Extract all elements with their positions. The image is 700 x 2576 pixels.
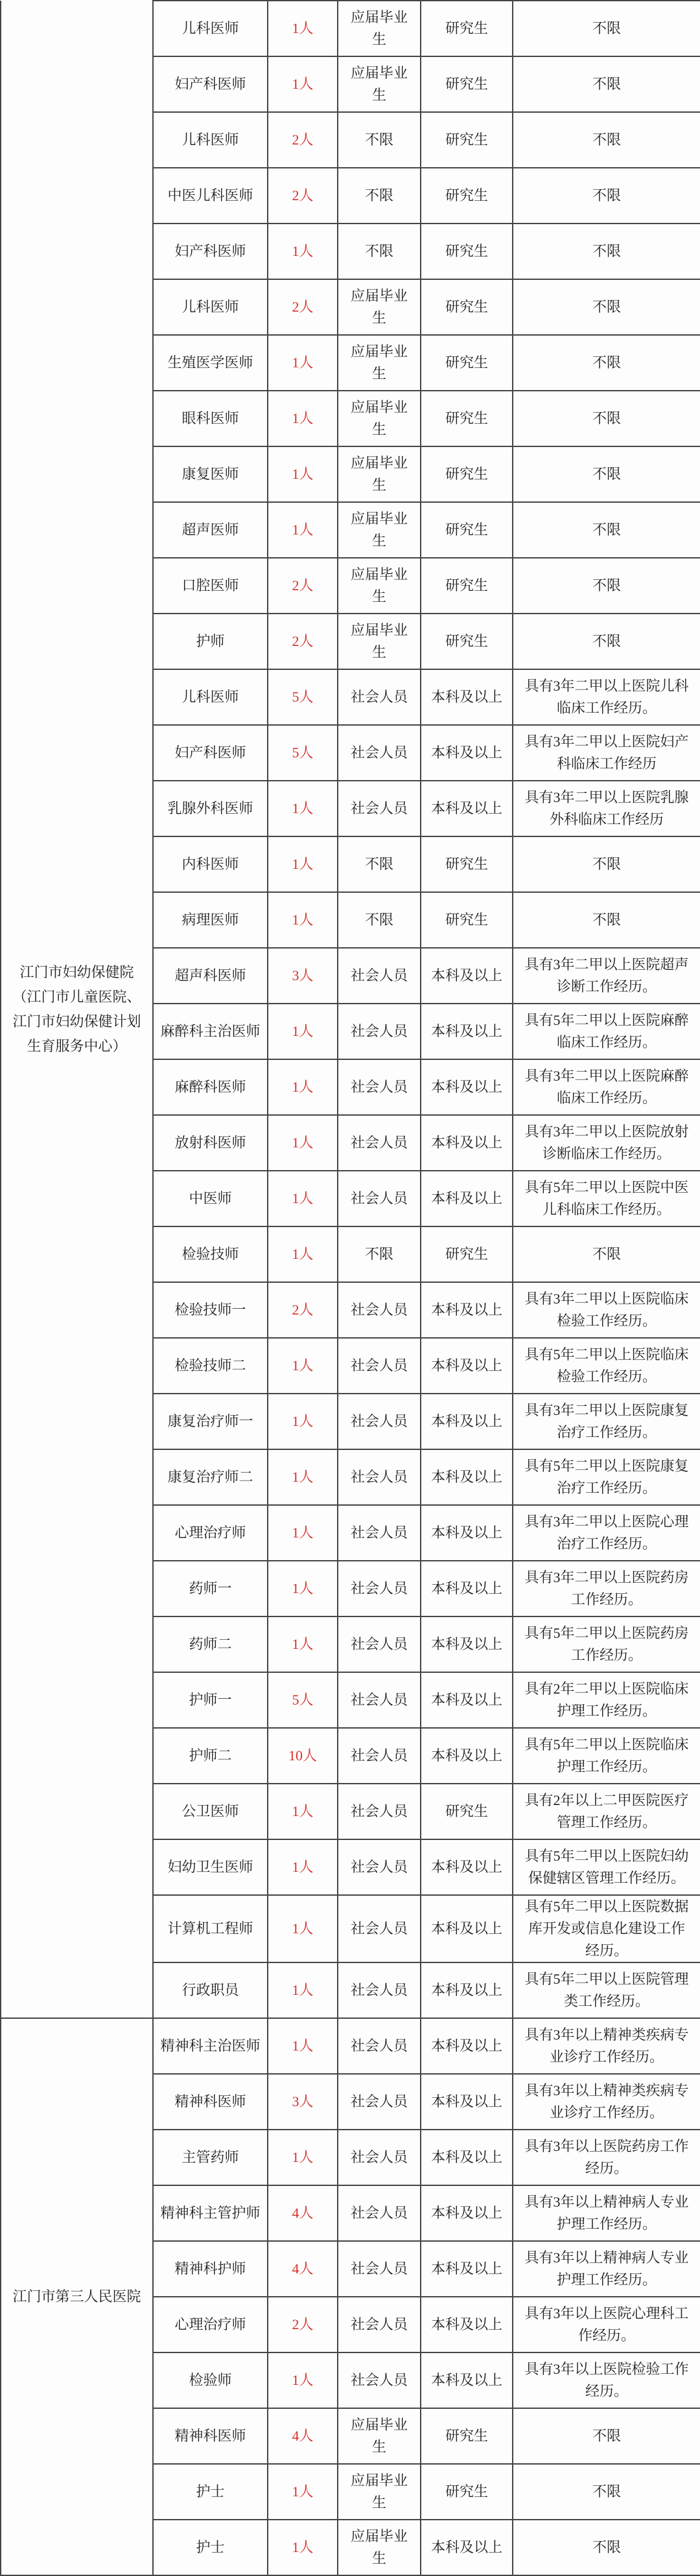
- count-cell: 1人: [268, 1505, 338, 1561]
- count-cell: 1人: [268, 1449, 338, 1505]
- requirement-cell: 不限: [513, 279, 700, 335]
- education-cell: 本科及以上: [421, 2520, 513, 2575]
- personnel-type-cell: 社会人员: [338, 948, 421, 1004]
- count-cell: 1人: [268, 1, 338, 56]
- requirement-cell: 不限: [513, 1226, 700, 1282]
- requirement-cell: 具有5年二甲以上医院临床护理工作经历。: [513, 1728, 700, 1784]
- education-cell: 研究生: [421, 1226, 513, 1282]
- position-cell: 护士: [153, 2464, 268, 2520]
- position-cell: 护师二: [153, 1728, 268, 1784]
- count-cell: 2人: [268, 1282, 338, 1338]
- count-cell: 2人: [268, 168, 338, 224]
- requirement-cell: 具有3年二甲以上医院临床检验工作经历。: [513, 1282, 700, 1338]
- personnel-type-cell: 应届毕业生: [338, 2520, 421, 2575]
- personnel-type-cell: 社会人员: [338, 1728, 421, 1784]
- count-cell: 1人: [268, 892, 338, 948]
- count-cell: 5人: [268, 725, 338, 781]
- education-cell: 研究生: [421, 168, 513, 224]
- education-cell: 本科及以上: [421, 948, 513, 1004]
- position-cell: 护师: [153, 614, 268, 669]
- education-cell: 本科及以上: [421, 725, 513, 781]
- personnel-type-cell: 社会人员: [338, 781, 421, 836]
- requirement-cell: 具有2年二甲以上医院临床护理工作经历。: [513, 1672, 700, 1728]
- education-cell: 研究生: [421, 2464, 513, 2520]
- requirement-cell: 具有3年以上医院药房工作经历。: [513, 2130, 700, 2185]
- requirement-cell: 具有2年以上二甲医院医疗管理工作经历。: [513, 1784, 700, 1839]
- personnel-type-cell: 社会人员: [338, 1672, 421, 1728]
- education-cell: 本科及以上: [421, 2241, 513, 2297]
- position-cell: 精神科护师: [153, 2241, 268, 2297]
- personnel-type-cell: 应届毕业生: [338, 558, 421, 614]
- education-cell: 研究生: [421, 502, 513, 558]
- count-cell: 1人: [268, 1171, 338, 1226]
- education-cell: 本科及以上: [421, 1004, 513, 1059]
- requirement-cell: 具有3年二甲以上医院康复治疗工作经历。: [513, 1394, 700, 1449]
- personnel-type-cell: 不限: [338, 892, 421, 948]
- count-cell: 1人: [268, 446, 338, 502]
- count-cell: 2人: [268, 2297, 338, 2352]
- personnel-type-cell: 社会人员: [338, 669, 421, 725]
- education-cell: 本科及以上: [421, 1895, 513, 1962]
- position-cell: 儿科医师: [153, 112, 268, 168]
- requirement-cell: 不限: [513, 2408, 700, 2464]
- personnel-type-cell: 应届毕业生: [338, 2408, 421, 2464]
- education-cell: 本科及以上: [421, 1115, 513, 1171]
- count-cell: 1人: [268, 1394, 338, 1449]
- position-cell: 乳腺外科医师: [153, 781, 268, 836]
- recruitment-table-body: 江门市妇幼保健院（江门市儿童医院、江门市妇幼保健计划生育服务中心）儿科医师1人应…: [1, 1, 700, 2575]
- count-cell: 1人: [268, 1839, 338, 1895]
- education-cell: 研究生: [421, 335, 513, 391]
- count-cell: 1人: [268, 2352, 338, 2408]
- education-cell: 本科及以上: [421, 1839, 513, 1895]
- personnel-type-cell: 应届毕业生: [338, 446, 421, 502]
- requirement-cell: 不限: [513, 335, 700, 391]
- table-row: 江门市妇幼保健院（江门市儿童医院、江门市妇幼保健计划生育服务中心）儿科医师1人应…: [1, 1, 700, 56]
- position-cell: 儿科医师: [153, 1, 268, 56]
- position-cell: 眼科医师: [153, 391, 268, 446]
- education-cell: 本科及以上: [421, 1561, 513, 1616]
- personnel-type-cell: 不限: [338, 836, 421, 892]
- count-cell: 4人: [268, 2241, 338, 2297]
- count-cell: 4人: [268, 2185, 338, 2241]
- education-cell: 本科及以上: [421, 1282, 513, 1338]
- education-cell: 本科及以上: [421, 2018, 513, 2074]
- position-cell: 内科医师: [153, 836, 268, 892]
- count-cell: 1人: [268, 2018, 338, 2074]
- position-cell: 生殖医学医师: [153, 335, 268, 391]
- count-cell: 3人: [268, 2074, 338, 2130]
- requirement-cell: 不限: [513, 836, 700, 892]
- requirement-cell: 具有3年以上医院心理科工作经历。: [513, 2297, 700, 2352]
- count-cell: 1人: [268, 781, 338, 836]
- requirement-cell: 具有3年以上精神病人专业护理工作经历。: [513, 2241, 700, 2297]
- position-cell: 主管药师: [153, 2130, 268, 2185]
- position-cell: 中医师: [153, 1171, 268, 1226]
- position-cell: 妇产科医师: [153, 725, 268, 781]
- count-cell: 1人: [268, 391, 338, 446]
- requirement-cell: 具有5年二甲以上医院中医儿科临床工作经历。: [513, 1171, 700, 1226]
- count-cell: 1人: [268, 1784, 338, 1839]
- requirement-cell: 不限: [513, 224, 700, 279]
- position-cell: 药师一: [153, 1561, 268, 1616]
- personnel-type-cell: 社会人员: [338, 1895, 421, 1962]
- hospital-name-line: 江门市第三人民医院: [5, 2284, 148, 2309]
- personnel-type-cell: 社会人员: [338, 1839, 421, 1895]
- requirement-cell: 不限: [513, 391, 700, 446]
- education-cell: 本科及以上: [421, 1059, 513, 1115]
- education-cell: 本科及以上: [421, 2074, 513, 2130]
- personnel-type-cell: 应届毕业生: [338, 279, 421, 335]
- position-cell: 护师一: [153, 1672, 268, 1728]
- education-cell: 本科及以上: [421, 1171, 513, 1226]
- requirement-cell: 具有3年二甲以上医院药房工作经历。: [513, 1561, 700, 1616]
- education-cell: 本科及以上: [421, 1449, 513, 1505]
- education-cell: 研究生: [421, 279, 513, 335]
- personnel-type-cell: 社会人员: [338, 1338, 421, 1394]
- personnel-type-cell: 社会人员: [338, 1059, 421, 1115]
- personnel-type-cell: 不限: [338, 224, 421, 279]
- hospital-name-line: 江门市妇幼保健院: [5, 960, 148, 985]
- count-cell: 1人: [268, 224, 338, 279]
- position-cell: 儿科医师: [153, 669, 268, 725]
- requirement-cell: 具有3年二甲以上医院心理治疗工作经历。: [513, 1505, 700, 1561]
- requirement-cell: 具有5年二甲以上医院麻醉临床工作经历。: [513, 1004, 700, 1059]
- position-cell: 计算机工程师: [153, 1895, 268, 1962]
- count-cell: 1人: [268, 1962, 338, 2018]
- education-cell: 本科及以上: [421, 1672, 513, 1728]
- position-cell: 中医儿科医师: [153, 168, 268, 224]
- position-cell: 麻醉科主治医师: [153, 1004, 268, 1059]
- count-cell: 1人: [268, 2130, 338, 2185]
- education-cell: 研究生: [421, 446, 513, 502]
- personnel-type-cell: 应届毕业生: [338, 2464, 421, 2520]
- position-cell: 公卫医师: [153, 1784, 268, 1839]
- count-cell: 1人: [268, 502, 338, 558]
- requirement-cell: 具有5年二甲以上医院临床检验工作经历。: [513, 1338, 700, 1394]
- requirement-cell: 具有3年以上精神类疾病专业诊疗工作经历。: [513, 2018, 700, 2074]
- position-cell: 护士: [153, 2520, 268, 2575]
- personnel-type-cell: 应届毕业生: [338, 614, 421, 669]
- education-cell: 研究生: [421, 391, 513, 446]
- personnel-type-cell: 社会人员: [338, 1282, 421, 1338]
- requirement-cell: 具有3年二甲以上医院超声诊断工作经历。: [513, 948, 700, 1004]
- position-cell: 心理治疗师: [153, 1505, 268, 1561]
- requirement-cell: 具有3年二甲以上医院麻醉临床工作经历。: [513, 1059, 700, 1115]
- position-cell: 检验技师一: [153, 1282, 268, 1338]
- personnel-type-cell: 社会人员: [338, 1962, 421, 2018]
- education-cell: 本科及以上: [421, 2297, 513, 2352]
- education-cell: 本科及以上: [421, 1616, 513, 1672]
- personnel-type-cell: 社会人员: [338, 1171, 421, 1226]
- personnel-type-cell: 社会人员: [338, 2241, 421, 2297]
- requirement-cell: 具有5年二甲以上医院康复治疗工作经历。: [513, 1449, 700, 1505]
- personnel-type-cell: 社会人员: [338, 1004, 421, 1059]
- table-row: 江门市第三人民医院精神科主治医师1人社会人员本科及以上具有3年以上精神类疾病专业…: [1, 2018, 700, 2074]
- personnel-type-cell: 社会人员: [338, 1505, 421, 1561]
- personnel-type-cell: 应届毕业生: [338, 502, 421, 558]
- count-cell: 2人: [268, 112, 338, 168]
- count-cell: 1人: [268, 1226, 338, 1282]
- education-cell: 本科及以上: [421, 2352, 513, 2408]
- position-cell: 精神科医师: [153, 2408, 268, 2464]
- personnel-type-cell: 社会人员: [338, 725, 421, 781]
- requirement-cell: 具有5年二甲以上医院药房工作经历。: [513, 1616, 700, 1672]
- position-cell: 麻醉科医师: [153, 1059, 268, 1115]
- education-cell: 研究生: [421, 892, 513, 948]
- personnel-type-cell: 社会人员: [338, 1561, 421, 1616]
- requirement-cell: 具有5年二甲以上医院管理类工作经历。: [513, 1962, 700, 2018]
- personnel-type-cell: 不限: [338, 168, 421, 224]
- position-cell: 妇产科医师: [153, 224, 268, 279]
- count-cell: 1人: [268, 1059, 338, 1115]
- requirement-cell: 不限: [513, 56, 700, 112]
- count-cell: 2人: [268, 279, 338, 335]
- position-cell: 放射科医师: [153, 1115, 268, 1171]
- position-cell: 康复治疗师二: [153, 1449, 268, 1505]
- personnel-type-cell: 应届毕业生: [338, 1, 421, 56]
- position-cell: 检验技师: [153, 1226, 268, 1282]
- personnel-type-cell: 社会人员: [338, 2352, 421, 2408]
- requirement-cell: 具有3年以上精神类疾病专业诊疗工作经历。: [513, 2074, 700, 2130]
- hospital-cell: 江门市妇幼保健院（江门市儿童医院、江门市妇幼保健计划生育服务中心）: [1, 1, 153, 2018]
- education-cell: 本科及以上: [421, 2130, 513, 2185]
- count-cell: 1人: [268, 1004, 338, 1059]
- education-cell: 研究生: [421, 614, 513, 669]
- position-cell: 检验技师二: [153, 1338, 268, 1394]
- requirement-cell: 具有3年二甲以上医院妇产科临床工作经历: [513, 725, 700, 781]
- education-cell: 本科及以上: [421, 1728, 513, 1784]
- personnel-type-cell: 应届毕业生: [338, 56, 421, 112]
- personnel-type-cell: 社会人员: [338, 1784, 421, 1839]
- requirement-cell: 不限: [513, 502, 700, 558]
- education-cell: 研究生: [421, 1, 513, 56]
- position-cell: 超声科医师: [153, 948, 268, 1004]
- count-cell: 5人: [268, 669, 338, 725]
- count-cell: 1人: [268, 1895, 338, 1962]
- education-cell: 研究生: [421, 558, 513, 614]
- personnel-type-cell: 社会人员: [338, 2130, 421, 2185]
- requirement-cell: 具有3年以上医院检验工作经历。: [513, 2352, 700, 2408]
- position-cell: 药师二: [153, 1616, 268, 1672]
- requirement-cell: 不限: [513, 2464, 700, 2520]
- count-cell: 10人: [268, 1728, 338, 1784]
- requirement-cell: 不限: [513, 168, 700, 224]
- requirement-cell: 具有3年二甲以上医院儿科临床工作经历。: [513, 669, 700, 725]
- education-cell: 研究生: [421, 224, 513, 279]
- personnel-type-cell: 社会人员: [338, 2185, 421, 2241]
- education-cell: 本科及以上: [421, 1505, 513, 1561]
- personnel-type-cell: 应届毕业生: [338, 335, 421, 391]
- count-cell: 1人: [268, 56, 338, 112]
- education-cell: 本科及以上: [421, 1338, 513, 1394]
- personnel-type-cell: 社会人员: [338, 2018, 421, 2074]
- requirement-cell: 具有5年二甲以上医院妇幼保健辖区管理工作经历。: [513, 1839, 700, 1895]
- position-cell: 口腔医师: [153, 558, 268, 614]
- position-cell: 精神科主管护师: [153, 2185, 268, 2241]
- count-cell: 4人: [268, 2408, 338, 2464]
- position-cell: 心理治疗师: [153, 2297, 268, 2352]
- education-cell: 本科及以上: [421, 781, 513, 836]
- count-cell: 1人: [268, 1616, 338, 1672]
- personnel-type-cell: 社会人员: [338, 1394, 421, 1449]
- requirement-cell: 不限: [513, 446, 700, 502]
- personnel-type-cell: 社会人员: [338, 1449, 421, 1505]
- personnel-type-cell: 应届毕业生: [338, 391, 421, 446]
- requirement-cell: 具有3年以上精神病人专业护理工作经历。: [513, 2185, 700, 2241]
- requirement-cell: 不限: [513, 112, 700, 168]
- education-cell: 本科及以上: [421, 2185, 513, 2241]
- personnel-type-cell: 社会人员: [338, 2297, 421, 2352]
- position-cell: 妇产科医师: [153, 56, 268, 112]
- education-cell: 研究生: [421, 2408, 513, 2464]
- requirement-cell: 不限: [513, 558, 700, 614]
- education-cell: 研究生: [421, 1784, 513, 1839]
- position-cell: 超声医师: [153, 502, 268, 558]
- position-cell: 精神科主治医师: [153, 2018, 268, 2074]
- count-cell: 1人: [268, 836, 338, 892]
- count-cell: 2人: [268, 558, 338, 614]
- requirement-cell: 具有5年二甲以上医院数据库开发或信息化建设工作经历。: [513, 1895, 700, 1962]
- personnel-type-cell: 社会人员: [338, 2074, 421, 2130]
- position-cell: 妇幼卫生医师: [153, 1839, 268, 1895]
- personnel-type-cell: 不限: [338, 1226, 421, 1282]
- hospital-cell: 江门市第三人民医院: [1, 2018, 153, 2575]
- education-cell: 研究生: [421, 836, 513, 892]
- hospital-name-line: 江门市妇幼保健计划: [5, 1009, 148, 1034]
- count-cell: 1人: [268, 335, 338, 391]
- count-cell: 1人: [268, 2520, 338, 2575]
- personnel-type-cell: 社会人员: [338, 1616, 421, 1672]
- count-cell: 2人: [268, 614, 338, 669]
- personnel-type-cell: 社会人员: [338, 1115, 421, 1171]
- position-cell: 行政职员: [153, 1962, 268, 2018]
- requirement-cell: 不限: [513, 2520, 700, 2575]
- education-cell: 本科及以上: [421, 669, 513, 725]
- personnel-type-cell: 不限: [338, 112, 421, 168]
- count-cell: 1人: [268, 1561, 338, 1616]
- education-cell: 本科及以上: [421, 1394, 513, 1449]
- position-cell: 儿科医师: [153, 279, 268, 335]
- count-cell: 1人: [268, 1115, 338, 1171]
- count-cell: 5人: [268, 1672, 338, 1728]
- position-cell: 精神科医师: [153, 2074, 268, 2130]
- position-cell: 康复治疗师一: [153, 1394, 268, 1449]
- position-cell: 病理医师: [153, 892, 268, 948]
- requirement-cell: 具有3年二甲以上医院放射诊断临床工作经历。: [513, 1115, 700, 1171]
- hospital-name-line: （江门市儿童医院、: [5, 985, 148, 1009]
- education-cell: 研究生: [421, 112, 513, 168]
- position-cell: 康复医师: [153, 446, 268, 502]
- education-cell: 本科及以上: [421, 1962, 513, 2018]
- hospital-name-line: 生育服务中心）: [5, 1034, 148, 1059]
- count-cell: 3人: [268, 948, 338, 1004]
- requirement-cell: 具有3年二甲以上医院乳腺外科临床工作经历: [513, 781, 700, 836]
- education-cell: 研究生: [421, 56, 513, 112]
- count-cell: 1人: [268, 1338, 338, 1394]
- position-cell: 检验师: [153, 2352, 268, 2408]
- recruitment-table: 江门市妇幼保健院（江门市儿童医院、江门市妇幼保健计划生育服务中心）儿科医师1人应…: [0, 0, 700, 2576]
- requirement-cell: 不限: [513, 1, 700, 56]
- requirement-cell: 不限: [513, 614, 700, 669]
- count-cell: 1人: [268, 2464, 338, 2520]
- requirement-cell: 不限: [513, 892, 700, 948]
